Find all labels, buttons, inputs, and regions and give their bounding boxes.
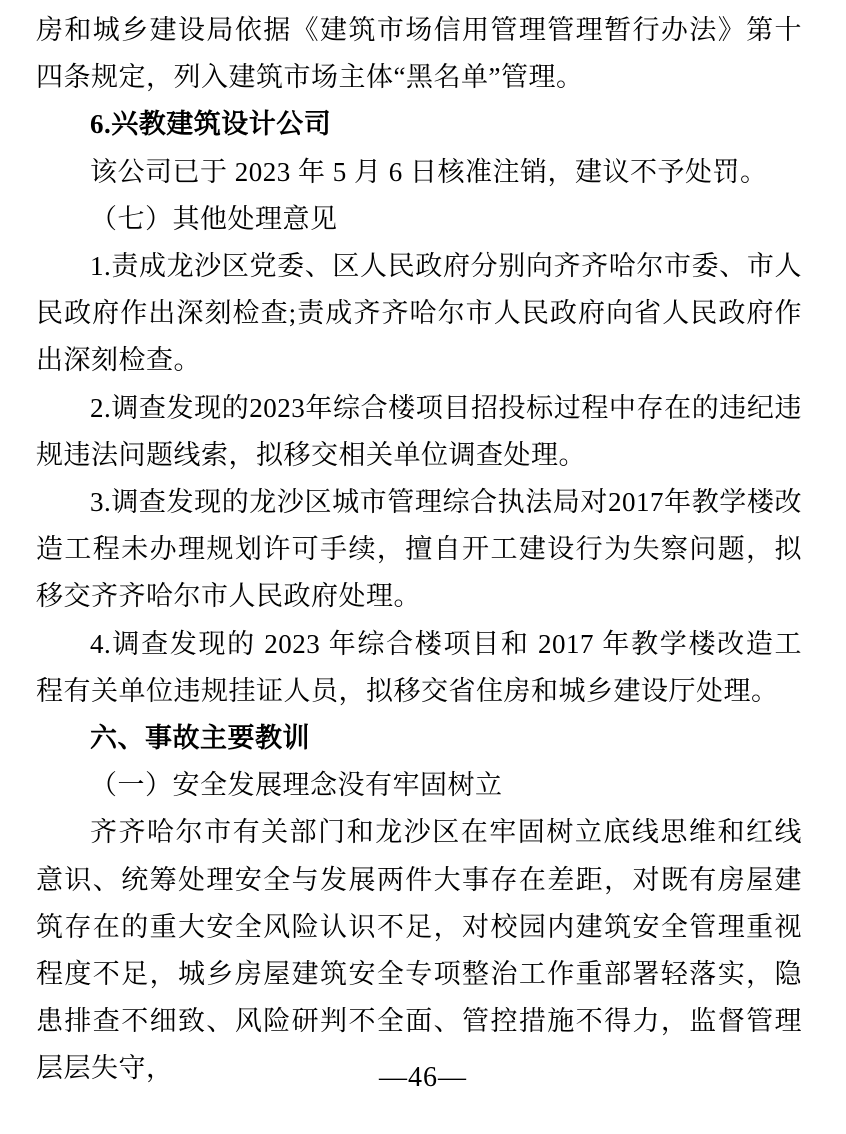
page-footer: —46—	[0, 1062, 846, 1094]
paragraph-company-deregistered: 该公司已于 2023 年 5 月 6 日核准注销，建议不予处罚。	[36, 149, 802, 196]
paragraph-opinion-3: 3.调查发现的龙沙区城市管理综合执法局对2017年教学楼改造工程未办理规划许可手…	[36, 479, 802, 621]
paragraph-blacklist-continuation: 房和城乡建设局依据《建筑市场信用管理管理暂行办法》第十四条规定，列入建筑市场主体…	[36, 7, 802, 101]
paragraph-opinion-4: 4.调查发现的 2023 年综合楼项目和 2017 年教学楼改造工程有关单位违规…	[36, 621, 802, 715]
paragraph-lessons-detail: 齐齐哈尔市有关部门和龙沙区在牢固树立底线思维和红线意识、统筹处理安全与发展两件大…	[36, 809, 802, 1092]
document-page: 房和城乡建设局依据《建筑市场信用管理管理暂行办法》第十四条规定，列入建筑市场主体…	[0, 0, 846, 1134]
heading-other-opinions: （七）其他处理意见	[36, 196, 802, 243]
heading-main-lessons: 六、事故主要教训	[36, 715, 802, 762]
paragraph-opinion-1: 1.责成龙沙区党委、区人民政府分别向齐齐哈尔市委、市人民政府作出深刻检查;责成齐…	[36, 243, 802, 385]
paragraph-opinion-2: 2.调查发现的2023年综合楼项目招投标过程中存在的违纪违规违法问题线索，拟移交…	[36, 385, 802, 479]
document-body: 房和城乡建设局依据《建筑市场信用管理管理暂行办法》第十四条规定，列入建筑市场主体…	[36, 7, 802, 1093]
page-number: —46—	[379, 1062, 467, 1093]
heading-safety-concept: （一）安全发展理念没有牢固树立	[36, 762, 802, 809]
heading-company-6: 6.兴教建筑设计公司	[36, 101, 802, 148]
